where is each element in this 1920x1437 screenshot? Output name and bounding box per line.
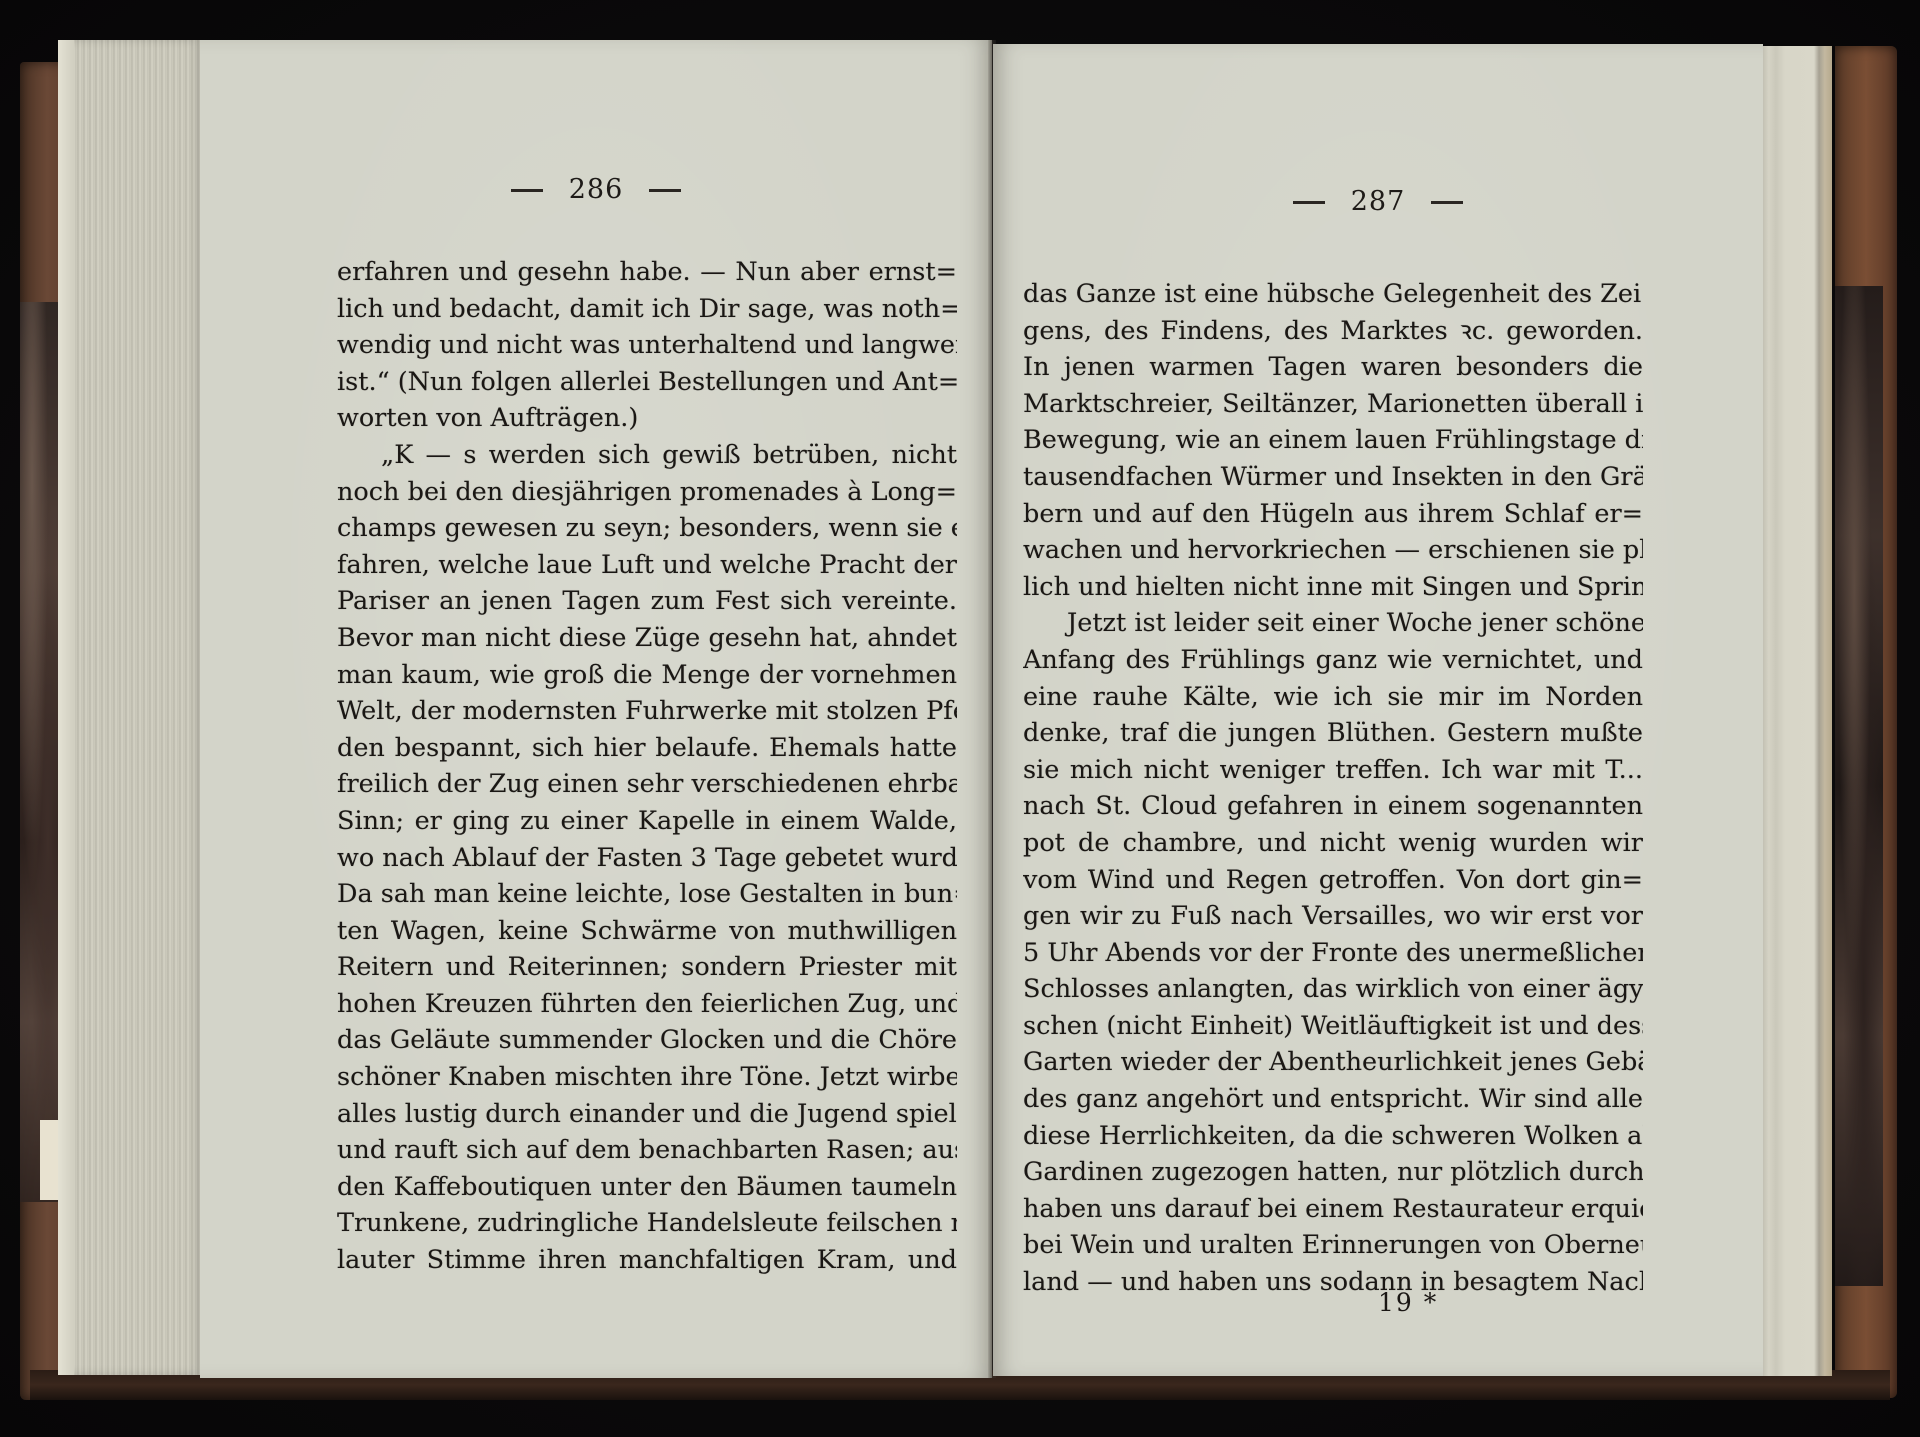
right-page-body: das Ganze ist eine hübsche Gelegenheit d… (1023, 276, 1643, 1301)
text-line: gens, des Findens, des Marktes ꝛc. gewor… (1023, 313, 1643, 350)
text-line: erfahren und gesehn habe. — Nun aber ern… (337, 254, 957, 291)
right-page-stack (1760, 46, 1832, 1376)
text-line: Anfang des Frühlings ganz wie vernichtet… (1023, 642, 1643, 679)
text-line: wachen und hervorkriechen — erschienen s… (1023, 532, 1643, 569)
text-line: tausendfachen Würmer und Insekten in den… (1023, 459, 1643, 496)
text-line: hohen Kreuzen führten den feierlichen Zu… (337, 986, 957, 1023)
text-line: noch bei den diesjährigen promenades à L… (337, 474, 957, 511)
marbled-paper (1835, 286, 1883, 1286)
header-rule (1293, 201, 1325, 204)
left-page-stack (58, 40, 203, 1375)
text-line: sie mich nicht weniger treffen. Ich war … (1023, 752, 1643, 789)
text-line: das Geläute summender Glocken und die Ch… (337, 1022, 957, 1059)
text-line: ist.“ (Nun folgen allerlei Bestellungen … (337, 364, 957, 401)
text-line: Gardinen zugezogen hatten, nur plötzlich… (1023, 1154, 1643, 1191)
text-line: und rauft sich auf dem benachbarten Rase… (337, 1132, 957, 1169)
text-line: bei Wein und uralten Erinnerungen von Ob… (1023, 1227, 1643, 1264)
text-line: des ganz angehört und entspricht. Wir si… (1023, 1081, 1643, 1118)
text-line: wo nach Ablauf der Fasten 3 Tage gebetet… (337, 840, 957, 877)
text-line: schöner Knaben mischten ihre Töne. Jetzt… (337, 1059, 957, 1096)
book-photograph: 286 erfahren und gesehn habe. — Nun aber… (0, 0, 1920, 1437)
text-line: 5 Uhr Abends vor der Fronte des unermeßl… (1023, 935, 1643, 972)
text-line: ten Wagen, keine Schwärme von muthwillig… (337, 913, 957, 950)
text-line: „K — s werden sich gewiß betrüben, nicht (337, 437, 957, 474)
left-page: 286 erfahren und gesehn habe. — Nun aber… (200, 40, 992, 1378)
text-line: In jenen warmen Tagen waren besonders di… (1023, 349, 1643, 386)
text-line: nach St. Cloud gefahren in einem sogenan… (1023, 788, 1643, 825)
right-page-header: 287 (993, 186, 1763, 217)
left-page-body: erfahren und gesehn habe. — Nun aber ern… (337, 254, 957, 1279)
text-line: fahren, welche laue Luft und welche Prac… (337, 547, 957, 584)
text-line: haben uns darauf bei einem Restaurateur … (1023, 1191, 1643, 1228)
text-line: champs gewesen zu seyn; besonders, wenn … (337, 510, 957, 547)
right-cover-board (1835, 46, 1897, 1398)
text-line: worten von Aufträgen.) (337, 400, 957, 437)
text-line: Reitern und Reiterinnen; sondern Prieste… (337, 949, 957, 986)
text-line: pot de chambre, und nicht wenig wurden w… (1023, 825, 1643, 862)
text-line: freilich der Zug einen sehr verschiedene… (337, 766, 957, 803)
text-line: eine rauhe Kälte, wie ich sie mir im Nor… (1023, 679, 1643, 716)
text-line: lauter Stimme ihren manchfaltigen Kram, … (337, 1242, 957, 1279)
text-line: Trunkene, zudringliche Handelsleute feil… (337, 1205, 957, 1242)
right-page: 287 das Ganze ist eine hübsche Gelegenhe… (993, 44, 1763, 1376)
text-line: land — und haben uns sodann in besagtem … (1023, 1264, 1643, 1301)
header-rule (1431, 201, 1463, 204)
marbled-paper (20, 302, 60, 1202)
text-line: Welt, der modernsten Fuhrwerke mit stolz… (337, 693, 957, 730)
left-page-header: 286 (200, 174, 992, 205)
text-line: Garten wieder der Abentheurlichkeit jene… (1023, 1044, 1643, 1081)
text-line: Jetzt ist leider seit einer Woche jener … (1023, 605, 1643, 642)
text-line: gen wir zu Fuß nach Versailles, wo wir e… (1023, 898, 1643, 935)
text-line: Pariser an jenen Tagen zum Fest sich ver… (337, 583, 957, 620)
text-line: das Ganze ist eine hübsche Gelegenheit d… (1023, 276, 1643, 313)
header-rule (511, 189, 543, 192)
page-number: 286 (569, 174, 624, 205)
text-line: Da sah man keine leichte, lose Gestalten… (337, 876, 957, 913)
text-line: Bewegung, wie an einem lauen Frühlingsta… (1023, 422, 1643, 459)
text-line: vom Wind und Regen getroffen. Von dort g… (1023, 862, 1643, 899)
text-line: alles lustig durch einander und die Juge… (337, 1096, 957, 1133)
header-rule (649, 189, 681, 192)
text-line: Bevor man nicht diese Züge gesehn hat, a… (337, 620, 957, 657)
text-line: diese Herrlichkeiten, da die schweren Wo… (1023, 1118, 1643, 1155)
signature-mark: 19 * (1378, 1288, 1438, 1317)
text-line: denke, traf die jungen Blüthen. Gestern … (1023, 715, 1643, 752)
text-line: wendig und nicht was unterhaltend und la… (337, 327, 957, 364)
text-line: den bespannt, sich hier belaufe. Ehemals… (337, 730, 957, 767)
text-line: den Kaffeboutiquen unter den Bäumen taum… (337, 1169, 957, 1206)
page-number: 287 (1351, 186, 1406, 217)
text-line: Marktschreier, Seiltänzer, Marionetten ü… (1023, 386, 1643, 423)
text-line: Sinn; er ging zu einer Kapelle in einem … (337, 803, 957, 840)
text-line: man kaum, wie groß die Menge der vornehm… (337, 657, 957, 694)
text-line: schen (nicht Einheit) Weitläuftigkeit is… (1023, 1008, 1643, 1045)
text-line: lich und hielten nicht inne mit Singen u… (1023, 569, 1643, 606)
text-line: lich und bedacht, damit ich Dir sage, wa… (337, 291, 957, 328)
text-line: Schlosses anlangten, das wirklich von ei… (1023, 971, 1643, 1008)
text-line: bern und auf den Hügeln aus ihrem Schlaf… (1023, 496, 1643, 533)
